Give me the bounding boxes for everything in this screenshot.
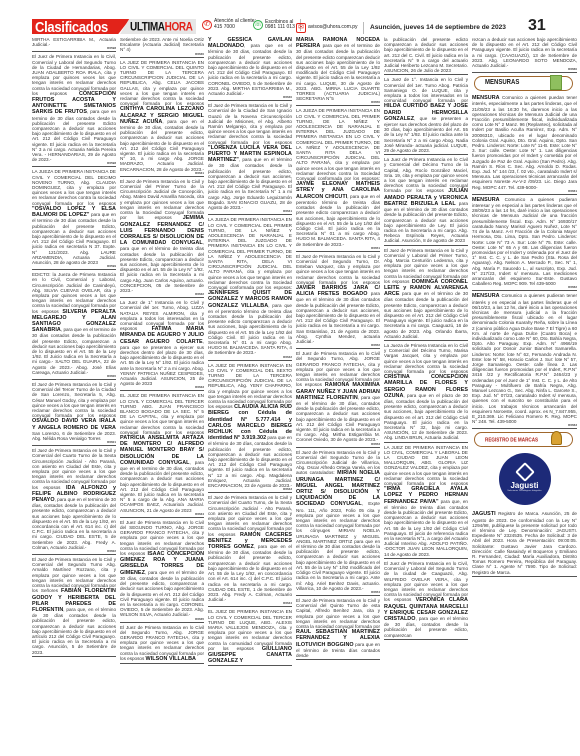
legal-notice: El Juez de Primera Instancia en lo Civil…: [296, 350, 380, 447]
legal-notice: El Juez de Primera Instancia en lo Civil…: [32, 53, 116, 167]
legal-notice: LA JUEZ DE PRIMERA INSTANCIA EN LO CIVIL…: [120, 59, 204, 177]
notice-code: R6640: [208, 96, 292, 99]
column-2: Setiembre de 2023. Ante mi Noelia Ortiz …: [120, 36, 204, 756]
notice-code: R6652: [296, 344, 380, 347]
notice-code: R6631: [120, 172, 204, 175]
contact-email[interactable]: ✉ avisos@uhora.com.py: [296, 22, 364, 34]
contact-phone[interactable]: ✆ Atención al cliente:415 7000: [202, 19, 256, 30]
notice-code: R6599: [32, 265, 116, 268]
legal-notice: El Juez de Primera Instancia en lo Civil…: [208, 102, 292, 215]
logo-name: Jagusti: [510, 483, 538, 488]
notice-code: R6642: [208, 356, 292, 359]
contact-value: 415 7000: [214, 24, 235, 30]
column-1: MIRTHA ESTIGARRIBIA M., Actuaria Judicia…: [32, 36, 116, 756]
page-header: Clasificados ULTIMAHORA ✆ Atención al cl…: [0, 0, 580, 34]
page-number: 31: [528, 17, 546, 35]
phone-icon: ✆: [202, 20, 212, 30]
legal-notice: El Juez de Primera Instancia en lo Civil…: [32, 556, 116, 657]
legal-notice: El Juez de Primera Instancia en lo Civil…: [120, 178, 204, 298]
notice-code: R6602: [32, 550, 116, 553]
column-6: rezcan a deducir sus acciones bajo aperc…: [472, 36, 577, 756]
legal-notice: El Juez de Primera Instancia en lo Civil…: [32, 381, 116, 446]
legal-notice: EL JUEZ DE PRIMERA INSTANCIA EN LO CIVIL…: [208, 608, 292, 666]
column-3: Y GESSICA GAVILAN MALDONADO, para que en…: [208, 36, 292, 756]
section-header-registro-marcas: REGISTRO DE MARCAS: [474, 432, 573, 447]
whatsapp-icon: ☏: [253, 20, 263, 30]
legal-notice: El Juez de Primera Instancia en lo Civil…: [296, 597, 380, 660]
legal-notice: El Juez de Primera Instancia en lo Civil…: [120, 519, 204, 623]
diamond-logo-icon: [515, 462, 535, 482]
legal-notice: El Juez de Primera Instancia en lo Civil…: [384, 247, 468, 341]
divider: [363, 22, 364, 34]
trademark-notice: JAGUSTI Registro de Marca. Asunción, 25 …: [472, 510, 577, 576]
notice-code: R6641: [208, 210, 292, 213]
brand-hora: HORA: [165, 21, 193, 34]
contact-whatsapp[interactable]: ☏ Escribinos al0981 111 013: [253, 19, 301, 31]
notice-code: R6635: [120, 618, 204, 621]
notice-code: R6630: [120, 53, 204, 56]
mensura-notice: MENSURA Comunico a quienes pudieran tene…: [472, 292, 577, 429]
notice-code: R6633: [120, 386, 204, 389]
section-label: MENSURAS: [485, 81, 519, 87]
section-title: Clasificados: [35, 18, 108, 35]
mensura-notice: MENSURA Comunico a quienes puedan tener …: [472, 94, 577, 195]
column-5: la publicación del presente edicto compa…: [384, 36, 468, 756]
legal-notice: rezcan a deducir sus acciones bajo aperc…: [472, 36, 577, 73]
legal-notice: El Juez de Primera Instancia en lo Civil…: [384, 560, 468, 640]
legal-notice: El Juez de Primera Instancia en lo Civil…: [120, 624, 204, 664]
legal-notice: El Juez de Primera Instancia en lo Civil…: [32, 447, 116, 555]
notice-code: R6601: [32, 441, 116, 444]
classifieds-columns: MIRTHA ESTIGARRIBIA M., Actuaria Judicia…: [32, 36, 577, 756]
legal-notice: EL JUEZ DE PRIMERA INSTANCIA EN LO CIVIL…: [120, 392, 204, 517]
legal-notice: La Juez de 1° Instancia en lo Civil y Co…: [120, 299, 204, 391]
notice-code: R6634: [120, 513, 204, 516]
legal-notice: LA JUEZA DE PRIMERA INSTANCIA EN LO CIVI…: [296, 107, 380, 251]
section-header-mensuras: MENSURAS: [474, 76, 573, 91]
legal-notice: LA JUEZA DE PRIMERA INSTANCIA DE CIVIL Y…: [32, 168, 116, 270]
legal-notice: MIRTHA ESTIGARRIBIA M., Actuaria Judicia…: [32, 36, 116, 52]
trophy-icon: [551, 431, 562, 445]
notice-code: R6644: [208, 602, 292, 605]
column-4: MARIA RAMONA NOCEDA PEREIRA para que en …: [296, 36, 380, 756]
notice-code: R6662: [472, 286, 577, 289]
contact-value: 0981 111 013: [265, 24, 295, 30]
notice-code: R6632: [120, 293, 204, 296]
map-plot-icon: [550, 75, 562, 90]
notice-code: R6651: [296, 247, 380, 250]
mail-icon: ✉: [296, 23, 306, 33]
dateline: Asunción, jueves 14 de septiembre de 202…: [370, 24, 506, 31]
notice-code: R6598: [32, 162, 116, 165]
notice-code: R6663: [472, 424, 577, 427]
legal-notice: LA JUEZA DE PRIMERA INSTANCIA EN LO CIVI…: [208, 216, 292, 360]
legal-notice: La Juez de 1°. Instancia en lo Civil y C…: [384, 76, 468, 155]
brand-logo-container: Jagusti Soluciones Tecnológicas Integral…: [472, 453, 577, 505]
notice-code: R6650: [296, 101, 380, 104]
contact-value: avisos@uhora.com.py: [308, 25, 358, 31]
legal-notice: La Juez de Primera Instancia en lo Civil…: [384, 156, 468, 245]
legal-notice: El Juez de Primera Instancia en lo Civil…: [296, 253, 380, 349]
legal-notice: El Juez de Primera Instancia en lo Civil…: [208, 494, 292, 607]
legal-notice: la publicación del presente edicto compa…: [384, 36, 468, 75]
legal-notice: La Jueza de Primera Instancia en lo Civi…: [384, 342, 468, 443]
mensura-notice: MENSURA Comunico a quienes pudieran inte…: [472, 196, 577, 291]
notice-code: R6598: [32, 47, 116, 50]
legal-notice: Y GESSICA GAVILAN MALDONADO, para que en…: [208, 36, 292, 101]
notice-code: R6600: [32, 375, 116, 378]
notice-code: R6653: [296, 443, 380, 446]
section-label: REGISTRO DE MARCAS: [485, 437, 538, 443]
notice-code: R6654: [296, 591, 380, 594]
jagusti-logo: Jagusti Soluciones Tecnológicas Integral…: [499, 453, 551, 505]
notice-code: R6660: [472, 68, 577, 71]
legal-notice: LA JUEZ DE PRIMERA INSTANCIA EN LO CIVIL…: [208, 362, 292, 494]
brand-logo: ULTIMAHORA: [130, 21, 192, 34]
notice-code: R6661: [472, 190, 577, 193]
legal-notice: MARIA RAMONA NOCEDA PEREIRA para que en …: [296, 36, 380, 106]
notice-code: R6643: [208, 488, 292, 491]
legal-notice: El Juez de Primera Instancia en lo Civil…: [296, 449, 380, 596]
legal-notice: LA JUEZ DE PRIMERA INSTANCIA EN LO CIVIL…: [384, 444, 468, 559]
logo-tagline: Soluciones Tecnológicas Integrales: [507, 489, 541, 494]
legal-notice: Setiembre de 2023. Ante mi Noelia Ortiz …: [120, 36, 204, 58]
legal-notice: EDICTO: la Jueza de Primera Instancia en…: [32, 271, 116, 380]
brand-ultima: ULTIMA: [130, 21, 165, 34]
